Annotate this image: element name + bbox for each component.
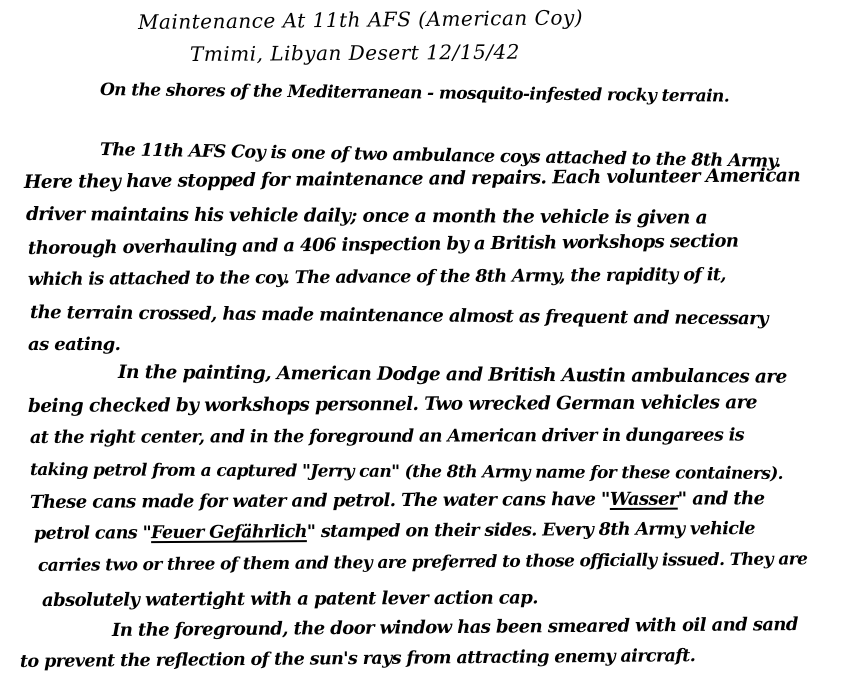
after-feuer-text: " stamped on their sides. Every 8th Army… — [307, 519, 755, 542]
paragraph-2-line-6: petrol cans "Feuer Gefährlich" stamped o… — [34, 519, 755, 544]
paragraph-1-line-6: the terrain crossed, has made maintenanc… — [30, 302, 768, 329]
paragraph-2-line-7: carries two or three of them and they ar… — [38, 549, 807, 576]
paragraph-1-line-7: as eating. — [28, 334, 120, 355]
paragraph-2-line-5-text: These cans made for water and petrol. Th… — [30, 489, 595, 513]
subtitle: On the shores of the Mediterranean - mos… — [100, 80, 729, 107]
handwritten-document-page: Maintenance At 11th AFS (American Coy) T… — [0, 0, 864, 695]
paragraph-3-line-1: In the foreground, the door window has b… — [112, 614, 798, 641]
paragraph-2-line-2: being checked by workshops personnel. Tw… — [28, 392, 757, 417]
document-title: Maintenance At 11th AFS (American Coy) — [138, 5, 583, 34]
paragraph-2-line-8: absolutely watertight with a patent leve… — [42, 587, 538, 611]
open-quote: " — [601, 489, 610, 510]
paragraph-2-line-4: taking petrol from a captured "Jerry can… — [30, 460, 783, 484]
paragraph-2-line-3: at the right center, and in the foregrou… — [30, 426, 744, 448]
paragraph-1-line-4: thorough overhauling and a 406 inspectio… — [28, 231, 739, 259]
paragraph-1-line-2: Here they have stopped for maintenance a… — [24, 165, 800, 193]
after-wasser-text: " and the — [678, 488, 765, 509]
paragraph-3-line-2: to prevent the reflection of the sun's r… — [20, 646, 695, 672]
feuer-gefaehrlich-word: Feuer Gefährlich — [151, 522, 307, 543]
wasser-word: Wasser — [610, 489, 678, 510]
petrol-prefix-text: petrol cans " — [34, 523, 151, 544]
paragraph-2-line-1: In the painting, American Dodge and Brit… — [118, 362, 787, 388]
paragraph-1-line-3: driver maintains his vehicle daily; once… — [26, 204, 707, 229]
location-date: Tmimi, Libyan Desert 12/15/42 — [190, 40, 520, 66]
paragraph-1-line-5: which is attached to the coy. The advanc… — [28, 265, 726, 290]
paragraph-2-line-5: These cans made for water and petrol. Th… — [30, 488, 765, 513]
